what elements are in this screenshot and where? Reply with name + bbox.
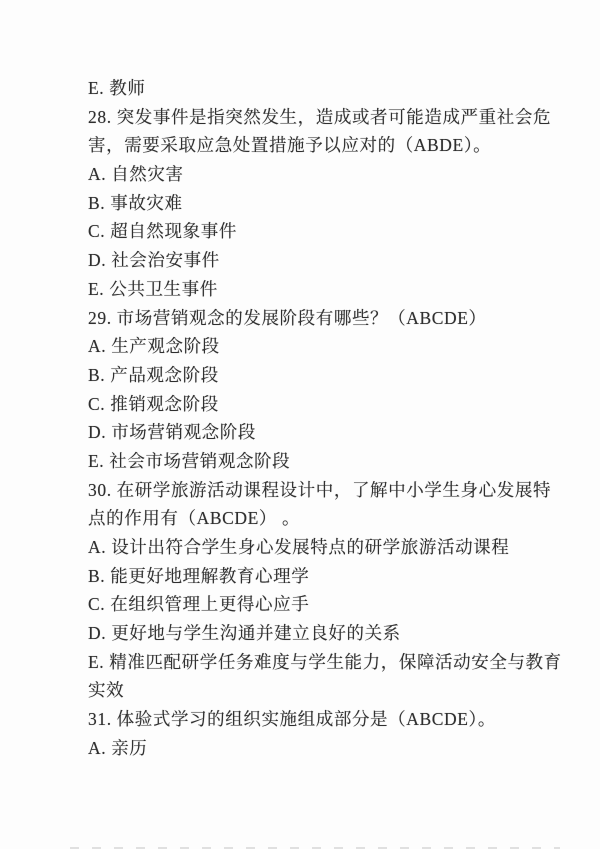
- option-line: E. 社会市场营销观念阶段: [88, 447, 540, 476]
- question-line: 29. 市场营销观念的发展阶段有哪些？（ABCDE）: [88, 304, 540, 333]
- option-line: B. 能更好地理解教育心理学: [88, 562, 540, 591]
- option-line: A. 设计出符合学生身心发展特点的研学旅游活动课程: [88, 533, 540, 562]
- document-page: E. 教师28. 突发事件是指突然发生，造成或者可能造成严重社会危害，需要采取应…: [0, 0, 600, 849]
- option-line: C. 在组织管理上更得心应手: [88, 590, 540, 619]
- continuation-line: 害，需要采取应急处置措施予以应对的（ABDE）。: [88, 131, 540, 160]
- option-line: E. 教师: [88, 74, 540, 103]
- option-line: A. 生产观念阶段: [88, 332, 540, 361]
- option-line: E. 公共卫生事件: [88, 275, 540, 304]
- option-line: C. 推销观念阶段: [88, 390, 540, 419]
- option-line: D. 市场营销观念阶段: [88, 418, 540, 447]
- option-line: A. 自然灾害: [88, 160, 540, 189]
- question-line: 28. 突发事件是指突然发生，造成或者可能造成严重社会危: [88, 103, 540, 132]
- option-line: C. 超自然现象事件: [88, 217, 540, 246]
- option-line: D. 社会治安事件: [88, 246, 540, 275]
- option-line: A. 亲历: [88, 734, 540, 763]
- question-line: 30. 在研学旅游活动课程设计中，了解中小学生身心发展特: [88, 476, 540, 505]
- question-text-block: E. 教师28. 突发事件是指突然发生，造成或者可能造成严重社会危害，需要采取应…: [88, 74, 540, 763]
- option-line: E. 精准匹配研学任务难度与学生能力，保障活动安全与教育: [88, 648, 540, 677]
- continuation-line: 实效: [88, 676, 540, 705]
- option-line: B. 事故灾难: [88, 189, 540, 218]
- option-line: D. 更好地与学生沟通并建立良好的关系: [88, 619, 540, 648]
- option-line: B. 产品观念阶段: [88, 361, 540, 390]
- continuation-line: 点的作用有（ABCDE） 。: [88, 504, 540, 533]
- question-line: 31. 体验式学习的组织实施组成部分是（ABCDE）。: [88, 705, 540, 734]
